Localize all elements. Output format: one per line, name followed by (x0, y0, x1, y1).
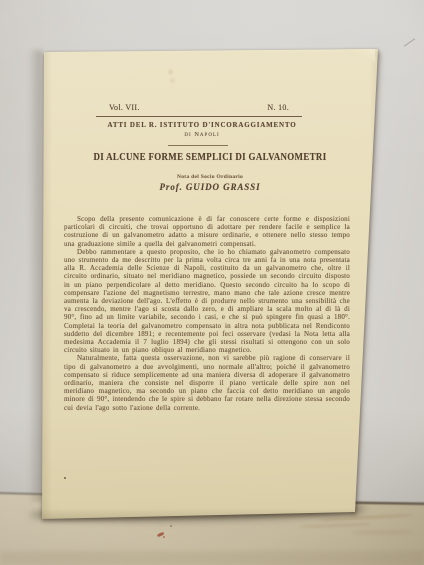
article-body: Scopo della presente comunicazione è di … (64, 215, 350, 412)
photo-backdrop: Vol. VII. N. 10. ATTI DEL R. ISTITUTO D'… (0, 0, 424, 565)
institution-city: di Napoli (60, 131, 344, 138)
masthead-rule (96, 116, 302, 117)
document-page: Vol. VII. N. 10. ATTI DEL R. ISTITUTO D'… (38, 46, 382, 524)
article-subtitle: Nota del Socio Ordinario (60, 174, 360, 180)
institution-name: ATTI DEL R. ISTITUTO D'INCORAGGIAMENTO (60, 121, 344, 129)
paragraph: Naturalmente, fatta questa osservazione,… (64, 354, 350, 411)
paragraph: Debbo rammentare a questo proposito, che… (64, 248, 350, 355)
paragraph: Scopo della presente comunicazione è di … (64, 215, 350, 248)
volume-label: Vol. VII. (109, 103, 140, 112)
document-content: Vol. VII. N. 10. ATTI DEL R. ISTITUTO D'… (38, 46, 382, 524)
document-page-wrap: Vol. VII. N. 10. ATTI DEL R. ISTITUTO D'… (0, 0, 424, 565)
article-title: DI ALCUNE FORME SEMPLICI DI GALVANOMETRI (64, 152, 356, 163)
author-name: Prof. GUIDO GRASSI (38, 182, 382, 192)
divider-rule (168, 145, 228, 146)
issue-number-label: N. 10. (267, 103, 289, 112)
masthead: Vol. VII. N. 10. (96, 103, 302, 114)
